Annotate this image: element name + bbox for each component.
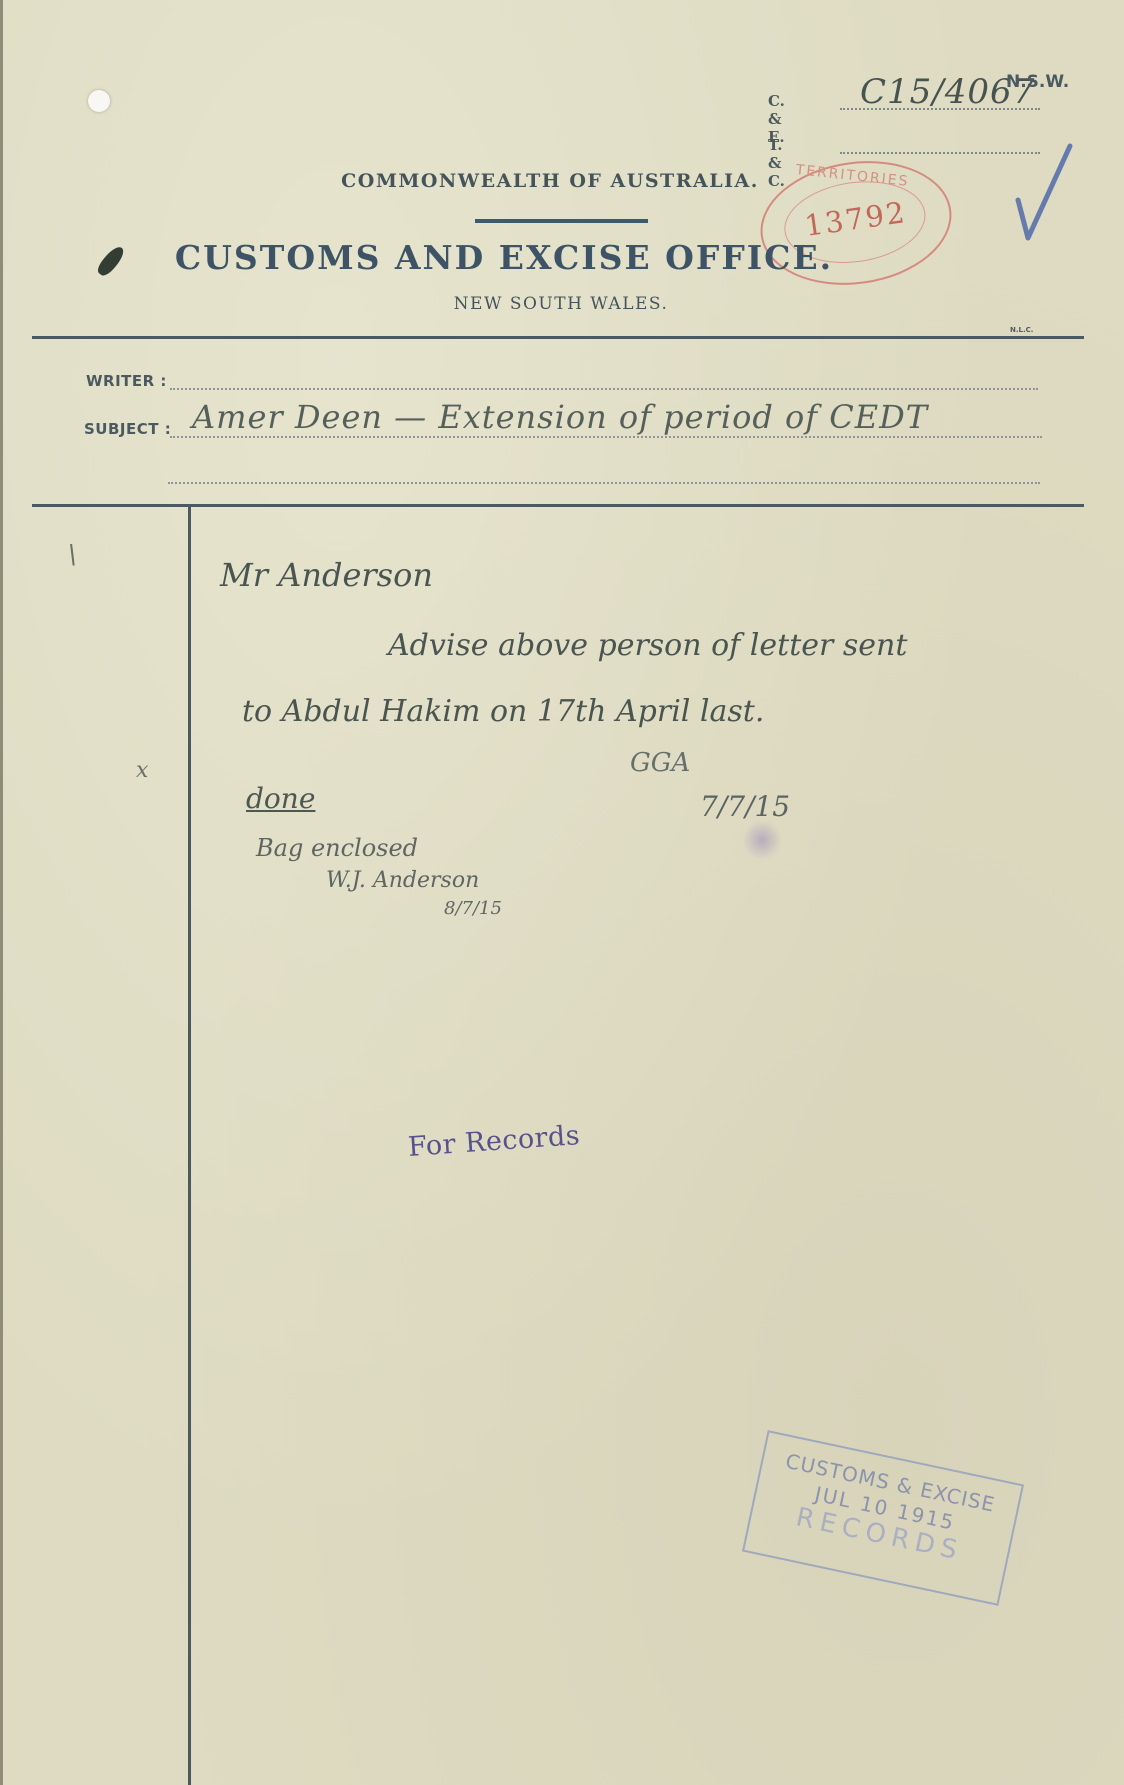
header-office: CUSTOMS AND EXCISE OFFICE. [0, 238, 1124, 277]
for-records-stamp: For Records [407, 1120, 581, 1163]
ink-smudge [742, 820, 782, 860]
minute-date: 7/7/15 [700, 790, 790, 823]
reply-line-1: Bag enclosed [256, 834, 418, 862]
subject-label: SUBJECT : [84, 420, 171, 438]
punch-hole [88, 90, 110, 112]
reply-date: 8/7/15 [444, 898, 502, 919]
margin-rule [188, 506, 191, 1785]
state-abbrev: N.S.W. [1006, 72, 1069, 92]
reply-done: done [246, 782, 315, 815]
form-code: N.L.C. [1010, 326, 1033, 334]
margin-mark-slash: \ [68, 540, 77, 570]
checkmark-icon [1014, 140, 1074, 250]
header-rule [475, 219, 648, 223]
subject-dotted-line [170, 436, 1042, 438]
tc-dotted-line [840, 152, 1040, 154]
header-divider [32, 336, 1084, 339]
header-commonwealth: COMMONWEALTH OF AUSTRALIA. [0, 170, 1124, 192]
header-state-text: NEW SOUTH WALES. [454, 294, 669, 314]
writer-label: WRITER : [86, 372, 167, 390]
records-date-stamp: CUSTOMS & EXCISE JUL 10 1915 RECORDS [742, 1430, 1024, 1606]
minute-line-2: to Abdul Hakim on 17th April last. [242, 694, 764, 729]
subject-value: Amer Deen — Extension of period of CEDT [192, 398, 928, 436]
minute-line-1: Advise above person of letter sent [388, 628, 907, 663]
header-commonwealth-text: COMMONWEALTH OF AUSTRALIA. [341, 170, 759, 192]
header-state: NEW SOUTH WALES. [0, 294, 1124, 314]
document-page: C. & E. C15/4067 T. & C. N.S.W. TERRITOR… [0, 0, 1124, 1785]
margin-mark-x: x [136, 758, 148, 783]
header-office-text: CUSTOMS AND EXCISE OFFICE. [175, 238, 833, 277]
reply-signature: W.J. Anderson [326, 868, 479, 893]
minute-salutation: Mr Anderson [220, 556, 433, 594]
minute-initials: GGA [630, 748, 690, 778]
writer-dotted-line [170, 388, 1038, 390]
subject-continuation-line [168, 482, 1040, 484]
